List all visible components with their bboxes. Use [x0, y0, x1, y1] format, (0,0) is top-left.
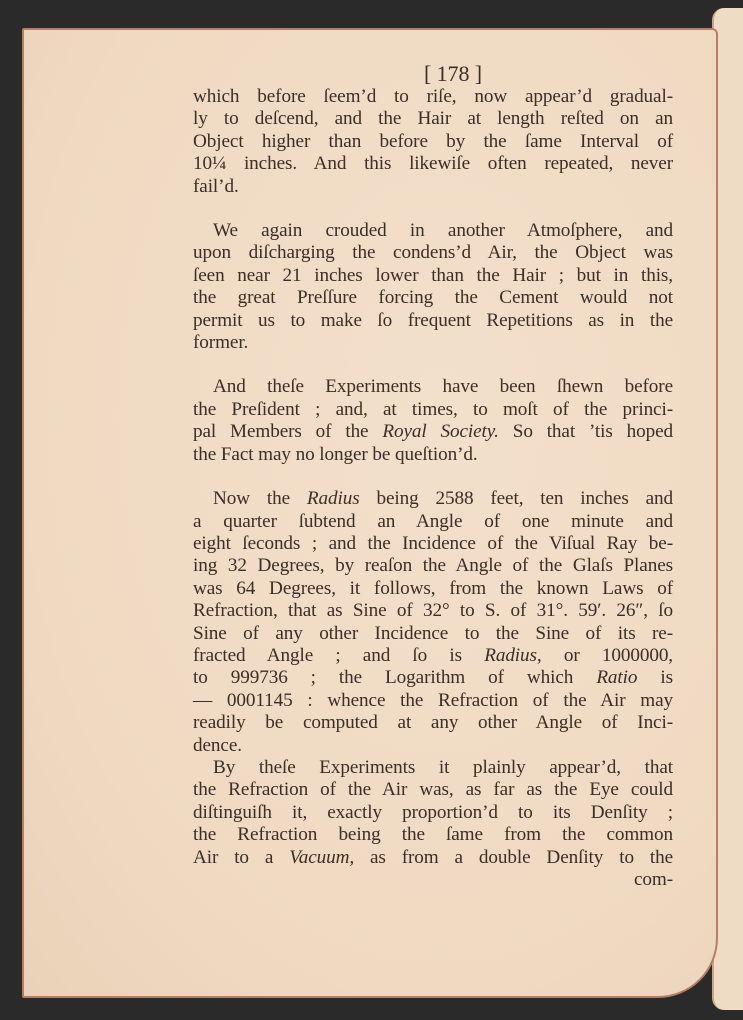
text-run: being 2588 feet, ten inches and [376, 488, 673, 509]
text-line: fracted Angle ; and ſo is Radius, or 100… [193, 645, 673, 667]
page-number: [ 178 ] [193, 62, 673, 86]
text-line: dence. [193, 735, 673, 757]
paragraph-5: By theſe Experiments it plainly appear’d… [193, 757, 673, 891]
paragraph-2: We again crouded in another Atmoſphere, … [193, 220, 673, 354]
text-line: the Preſident ; and, at times, to moſt o… [193, 399, 673, 421]
text-line: Air to a Vacuum, as from a double Denſit… [193, 847, 673, 869]
text-run: as from a double Denſity to the [370, 847, 673, 868]
text-line: ing 32 Degrees, by reaſon the Angle of t… [193, 555, 673, 577]
italic-term: Royal Society. [382, 421, 498, 442]
paragraph-1: which before ſeem’d to riſe, now appear’… [193, 86, 673, 198]
text-line: the great Preſſure forcing the Cement wo… [193, 287, 673, 309]
text-line: diſtinguiſh it, exactly proportion’d to … [193, 802, 673, 824]
italic-term: Ratio [596, 667, 637, 688]
text-run: or 1000000, [564, 645, 673, 666]
text-run: Air to a [193, 847, 273, 868]
text-line: pal Members of the Royal Society. So tha… [193, 421, 673, 443]
text-line: readily be computed at any other Angle o… [193, 712, 673, 734]
paragraph-gap [193, 198, 673, 220]
text-run: fracted Angle ; and ſo is [193, 645, 462, 666]
text-run: So that ’tis hoped [513, 421, 673, 442]
text-line: Refraction, that as Sine of 32° to S. of… [193, 600, 673, 622]
text-line: which before ſeem’d to riſe, now appear’… [193, 86, 673, 108]
text-line: the Refraction of the Air was, as far as… [193, 779, 673, 801]
text-line: We again crouded in another Atmoſphere, … [193, 220, 673, 242]
paragraph-gap [193, 354, 673, 376]
catchword: com- [193, 869, 673, 891]
text-line: was 64 Degrees, it follows, from the kno… [193, 578, 673, 600]
text-run: is [660, 667, 673, 688]
text-line: ſeen near 21 inches lower than the Hair … [193, 265, 673, 287]
text-run: to 999736 ; the Logarithm of which [193, 667, 573, 688]
italic-term: Radius [307, 488, 360, 509]
italic-term: Radius, [484, 645, 541, 666]
text-line: to 999736 ; the Logarithm of which Ratio… [193, 667, 673, 689]
page-text: [ 178 ] which before ſeem’d to riſe, now… [193, 62, 673, 891]
text-line: eight ſeconds ; and the Incidence of the… [193, 533, 673, 555]
text-line: fail’d. [193, 176, 673, 198]
text-line: — 0001145 : whence the Refraction of the… [193, 690, 673, 712]
paragraph-gap [193, 466, 673, 488]
text-line: Sine of any other Incidence to the Sine … [193, 623, 673, 645]
text-line: Object higher than before by the ſame In… [193, 131, 673, 153]
text-line: the Refraction being the ſame from the c… [193, 824, 673, 846]
text-line: 10¼ inches. And this likewiſe often repe… [193, 153, 673, 175]
text-line: a quarter ſubtend an Angle of one minute… [193, 511, 673, 533]
text-line: the Fact may no longer be queſtion’d. [193, 444, 673, 466]
paragraph-3: And theſe Experiments have been ſhewn be… [193, 376, 673, 466]
text-line: permit us to make ſo frequent Repetition… [193, 310, 673, 332]
text-line: former. [193, 332, 673, 354]
text-line: By theſe Experiments it plainly appear’d… [193, 757, 673, 779]
text-line: Now the Radius being 2588 feet, ten inch… [193, 488, 673, 510]
text-line: upon diſcharging the condens’d Air, the … [193, 242, 673, 264]
text-line: ly to deſcend, and the Hair at length re… [193, 108, 673, 130]
text-run: Now the [213, 488, 290, 509]
text-run: pal Members of the [193, 421, 368, 442]
text-line: And theſe Experiments have been ſhewn be… [193, 376, 673, 398]
paragraph-4: Now the Radius being 2588 feet, ten inch… [193, 488, 673, 757]
italic-term: Vacuum, [289, 847, 354, 868]
